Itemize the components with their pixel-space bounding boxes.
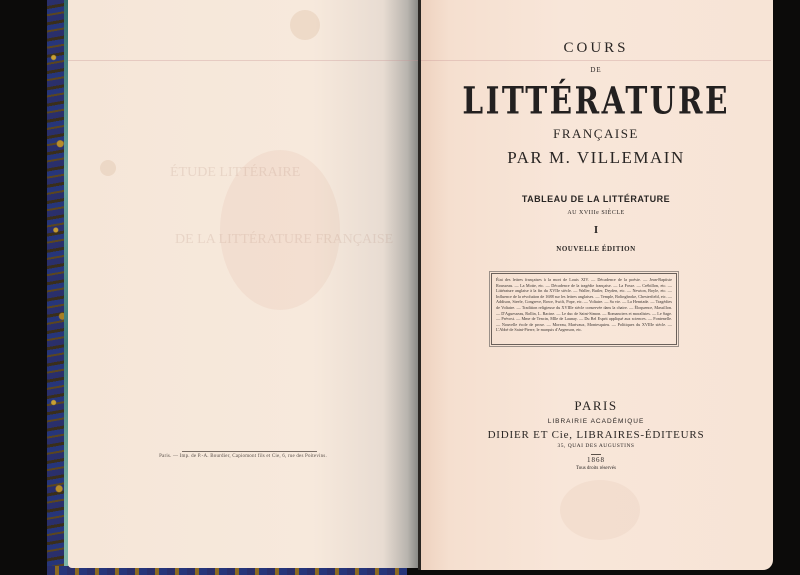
title-main: LITTÉRATURE bbox=[420, 79, 772, 123]
publisher-address: 35, QUAI DES AUGUSTINS bbox=[420, 443, 772, 449]
volume-number: I bbox=[420, 224, 772, 236]
publisher-line-1: LIBRAIRIE ACADÉMIQUE bbox=[420, 418, 772, 425]
edition-label: NOUVELLE ÉDITION bbox=[420, 245, 772, 253]
printer-imprint: Paris. — Imp. de P.-A. Bourdier, Capiomo… bbox=[68, 454, 418, 459]
page-crease-line bbox=[68, 60, 418, 61]
title-cours: COURS bbox=[420, 40, 772, 57]
paper-stain bbox=[560, 480, 640, 540]
paper-stain bbox=[290, 10, 320, 40]
show-through-text: DE LA LITTÉRATURE FRANÇAISE bbox=[175, 232, 393, 248]
title-francaise: FRANÇAISE bbox=[420, 126, 772, 142]
author-line: PAR M. VILLEMAIN bbox=[420, 148, 772, 168]
publication-year: 1868 bbox=[420, 456, 772, 464]
subtitle-period: AU XVIIIe SIÈCLE bbox=[420, 210, 772, 216]
title-main-text: LITTÉRATURE bbox=[462, 79, 730, 123]
publisher-line-2: DIDIER ET Cie, LIBRAIRES-ÉDITEURS bbox=[420, 429, 772, 441]
subtitle: TABLEAU DE LA LITTÉRATURE bbox=[420, 194, 772, 204]
paper-stain bbox=[100, 160, 116, 176]
publication-city: PARIS bbox=[420, 398, 772, 414]
page-crease-line bbox=[421, 60, 771, 61]
show-through-text: ÉTUDE LITTÉRAIRE bbox=[170, 165, 300, 181]
contents-summary-box: État des lettres françaises à la mort de… bbox=[491, 273, 677, 345]
separator-dash bbox=[591, 454, 601, 455]
title-de: DE bbox=[420, 66, 772, 74]
rights-notice: Tous droits réservés bbox=[420, 466, 772, 471]
imprint-rule bbox=[182, 451, 317, 452]
